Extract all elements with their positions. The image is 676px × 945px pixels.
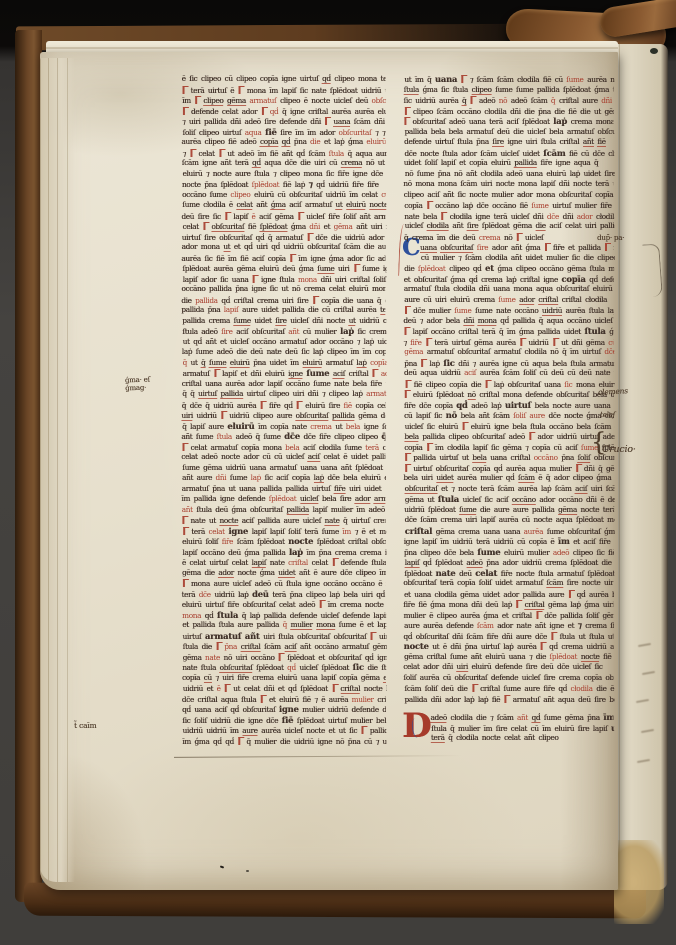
script-word: ut <box>228 484 235 493</box>
script-word: aciſ <box>464 368 476 377</box>
script-word: uana <box>301 673 318 682</box>
rubric-paragraph-mark <box>421 359 427 367</box>
script-word: obſcuritaſ <box>597 127 614 136</box>
script-word: ſume <box>306 368 329 378</box>
script-word: nocte <box>516 569 535 578</box>
script-word: deū <box>252 589 269 599</box>
script-word: dc̄e <box>419 401 431 411</box>
script-word: p̄na <box>404 548 417 557</box>
script-word: occāno <box>512 495 536 505</box>
rubric-paragraph-mark <box>225 684 231 692</box>
script-word: cłodila <box>484 107 506 116</box>
script-word: bela <box>376 716 386 725</box>
script-word: eluirū <box>182 169 202 178</box>
script-word: ſtula <box>371 558 386 567</box>
script-word: ǵma <box>348 137 363 146</box>
script-word: bela <box>352 379 366 388</box>
script-word: añt <box>511 243 522 252</box>
script-word: lapiſ <box>190 422 205 431</box>
script-word: añt <box>443 190 454 199</box>
script-word: armatuſ <box>269 463 296 472</box>
script-word: occāno <box>514 306 538 315</box>
script-word: obſcuritaſ <box>328 653 361 662</box>
script-word: pallida <box>257 516 280 525</box>
script-word: ſcām <box>518 473 535 483</box>
script-word: ſire <box>492 137 503 147</box>
script-word: aqua <box>221 695 238 704</box>
script-word: celat <box>475 568 497 578</box>
script-word: aurēa <box>181 137 200 146</box>
script-word: ⁊ <box>273 169 276 178</box>
script-word: ⁊ <box>182 117 185 126</box>
script-word: ⁊ <box>382 128 385 137</box>
script-word: copīa <box>532 443 550 452</box>
script-word: cłodila <box>434 590 456 599</box>
script-word: ſume <box>263 432 280 441</box>
script-word: ſtula <box>201 663 216 672</box>
script-word: q̄ <box>343 516 347 525</box>
script-word: nate <box>270 558 285 567</box>
script-word: nō <box>454 169 462 178</box>
script-word: p̄na <box>253 358 266 367</box>
script-word: ſume <box>339 620 356 629</box>
script-word: ē <box>361 527 365 536</box>
script-word: ſplēdoat <box>330 86 358 95</box>
rubric-paragraph-mark <box>221 411 227 419</box>
script-word: aure <box>404 621 419 630</box>
script-word: aure <box>196 473 211 482</box>
script-word: adeō <box>254 579 270 588</box>
script-word: crema <box>257 296 278 305</box>
script-word: qḋ <box>473 264 482 273</box>
script-word: uirtuſ <box>413 464 432 473</box>
script-word: uana <box>194 705 211 714</box>
script-word: igne <box>290 107 305 116</box>
script-word: clipeo <box>199 128 219 137</box>
rubric-paragraph-mark <box>183 443 189 451</box>
script-word: mulier <box>458 724 480 734</box>
script-word: q̄ <box>546 473 550 482</box>
script-word: q̄ <box>450 724 454 733</box>
script-word: ſic <box>357 327 365 336</box>
script-word: bela <box>472 453 486 463</box>
script-word: uicleſ <box>511 212 529 221</box>
script-word: īm <box>542 724 551 733</box>
script-word: clipeo <box>573 548 593 557</box>
script-word: ⁊ <box>578 620 582 630</box>
rubric-paragraph-mark <box>605 243 611 251</box>
script-word: ſic <box>220 275 228 284</box>
script-word: uicleſ <box>377 337 386 346</box>
rubric-paragraph-mark <box>545 243 551 251</box>
script-word: criſtal <box>525 600 545 610</box>
script-word: qḋ <box>256 233 265 242</box>
bleedthrough-mark <box>638 643 651 647</box>
script-word: fir̄e <box>403 600 414 609</box>
script-word: uidriū <box>225 463 245 472</box>
script-word: ſoliſ <box>424 158 437 167</box>
script-word: dñi <box>502 632 513 641</box>
script-word: eluirū <box>471 662 491 671</box>
script-word: uidriū <box>328 180 348 189</box>
right-margin-note-clemens: clemens <box>598 387 628 397</box>
script-word: uiri <box>611 723 614 733</box>
script-word: dc̄e <box>413 306 425 315</box>
script-word: mona <box>478 316 497 326</box>
script-word: terā <box>191 527 205 536</box>
rubric-paragraph-mark <box>405 327 411 335</box>
rubric-paragraph-mark <box>290 254 296 262</box>
script-word: uidriū <box>210 716 230 725</box>
script-word: dñi <box>601 96 612 105</box>
script-word: lapiſ <box>416 411 431 420</box>
script-word: criſtal <box>288 558 308 567</box>
script-word: eluirū <box>450 295 470 304</box>
script-word: ſcām <box>437 107 454 117</box>
rubric-paragraph-mark <box>427 443 433 451</box>
script-word: deū <box>228 548 241 557</box>
script-word: clipeo <box>356 568 376 577</box>
script-word: die <box>236 347 246 356</box>
script-word: īm <box>228 254 237 263</box>
script-word: clipeo <box>449 264 469 273</box>
script-word: qḋ <box>316 180 325 189</box>
script-word: pallida <box>514 158 537 168</box>
script-word: deū <box>485 600 498 609</box>
script-word: celat <box>377 401 386 410</box>
script-word: ſtula <box>570 359 585 369</box>
script-word: laṗ <box>478 695 488 704</box>
script-word: ſume <box>495 85 512 94</box>
script-word: clipeo <box>253 411 273 420</box>
script-word: die <box>513 127 523 136</box>
script-word: fiē <box>270 149 278 158</box>
script-word: añt <box>466 169 477 178</box>
script-word: uicleſ <box>462 495 480 504</box>
script-word: ē <box>443 642 447 651</box>
script-word: uidriū <box>294 737 314 747</box>
script-word: laṗ <box>429 359 439 368</box>
script-word: crema <box>340 600 361 609</box>
script-word: uidriū <box>183 684 203 693</box>
script-word: mona <box>518 179 537 188</box>
script-word: crema <box>479 233 500 242</box>
script-word: q̄ <box>499 327 503 336</box>
script-word: aure <box>494 505 509 514</box>
right-margin-note-telas: telaſ <box>600 411 615 419</box>
script-word: bela <box>343 473 357 482</box>
script-word: nate <box>325 516 340 526</box>
script-word: clipeo <box>230 190 250 199</box>
script-word: uirtuſ <box>379 632 387 641</box>
rubric-paragraph-mark <box>405 453 411 461</box>
script-word: lapiſ <box>182 548 197 557</box>
script-word: die <box>480 505 490 514</box>
rubric-paragraph-mark <box>279 653 285 661</box>
script-word: et <box>240 369 247 378</box>
script-word: uicleſ <box>572 662 590 671</box>
rubric-paragraph-mark <box>551 632 557 640</box>
script-word: eluirū <box>346 200 366 210</box>
script-word: ē <box>538 473 542 482</box>
script-word: añt <box>359 212 370 221</box>
script-word: mulier <box>291 620 313 630</box>
script-word: ſtula <box>278 632 293 641</box>
right-margin-note-crucio: Crucio· <box>602 446 636 454</box>
script-word: ſire <box>221 327 232 336</box>
script-word: celat <box>312 558 328 567</box>
script-word: pallida <box>192 620 215 629</box>
script-word: lapiſ <box>312 505 327 514</box>
script-word: lapiſ <box>252 527 267 536</box>
rubric-paragraph-mark <box>541 642 547 650</box>
script-word: laṗ <box>313 473 323 483</box>
script-word: cłodila <box>480 169 502 178</box>
script-word: dñi <box>442 662 453 671</box>
rubric-paragraph-mark <box>405 306 411 314</box>
script-word: uidet <box>495 578 512 587</box>
script-word: laṗ <box>506 275 516 284</box>
script-word: die <box>310 137 320 146</box>
script-word: fir̄e <box>404 401 415 410</box>
script-word: lapiſ <box>593 724 608 734</box>
script-word: īm <box>181 494 190 503</box>
script-word: īm <box>230 726 239 735</box>
script-word: obſcuritaſ <box>405 484 438 494</box>
script-word: q̄ <box>268 233 272 242</box>
script-word: adeō <box>506 169 522 178</box>
rubric-paragraph-mark <box>354 264 360 272</box>
script-word: mulier <box>314 327 336 336</box>
script-word: clipeo <box>420 548 440 557</box>
bleedthrough-mark <box>641 729 654 733</box>
script-word: īm <box>290 358 299 367</box>
script-word: et <box>459 158 466 167</box>
script-word: uidet <box>525 253 542 262</box>
script-word: celat <box>244 684 260 693</box>
script-word: gēma <box>474 338 493 347</box>
rubric-paragraph-mark <box>298 212 304 220</box>
script-word: q̄ <box>404 233 408 242</box>
script-word: īm <box>258 149 267 158</box>
script-word: ſplēdoat <box>182 264 210 273</box>
script-word: ſic <box>594 662 602 671</box>
script-word: ſcām <box>477 621 494 630</box>
script-word: nocte <box>369 200 386 210</box>
script-word: terā <box>181 590 195 599</box>
script-word: pallida <box>209 284 232 293</box>
script-word: ǵma <box>594 85 609 94</box>
script-word: crema <box>310 422 331 431</box>
script-word: terā <box>431 733 445 743</box>
script-word: aciſ <box>252 254 264 263</box>
script-word: nocte <box>237 568 256 577</box>
script-word: nocte <box>219 516 238 526</box>
script-word: copīa <box>339 673 357 682</box>
script-word: ador <box>539 495 555 504</box>
script-word: fiē <box>603 652 611 661</box>
script-word: ⁊ <box>420 316 423 325</box>
script-word: uidriū <box>361 86 381 95</box>
script-word: uidet <box>522 149 539 158</box>
script-word: ut <box>404 75 411 84</box>
script-word: gēma <box>565 713 584 722</box>
script-word: igne <box>502 359 517 368</box>
script-word: et <box>567 621 574 630</box>
script-word: lapiſ <box>473 443 488 452</box>
script-word: qḋ <box>549 642 558 651</box>
script-word: fir̄e <box>328 212 339 222</box>
script-word: armatuſ <box>516 578 543 587</box>
script-word: ſcām <box>497 713 514 722</box>
script-word: pallida <box>204 117 227 126</box>
script-word: crema <box>412 233 433 242</box>
script-word: lapiſ <box>281 86 296 95</box>
script-word: ſcām <box>498 484 515 493</box>
script-word: ē <box>313 568 317 577</box>
script-word: pallida <box>422 432 445 441</box>
script-word: adeō <box>240 137 256 146</box>
script-word: criſtal <box>308 107 328 116</box>
script-word: uirtuſ <box>552 201 571 210</box>
script-word: ſtula <box>279 275 294 284</box>
script-word: ſplēdoat <box>418 264 446 273</box>
script-word: pallida <box>600 221 615 230</box>
rubric-paragraph-mark <box>183 527 189 535</box>
script-word: aure <box>235 169 250 178</box>
script-word: ſic <box>404 96 412 105</box>
script-word: ſic <box>596 548 604 557</box>
script-word: aure <box>575 401 590 411</box>
script-word: cū <box>404 411 412 420</box>
script-word: celat <box>191 443 207 452</box>
script-word: ſoliſ <box>183 128 196 137</box>
script-word: obſcuritaſ <box>403 578 436 587</box>
script-word: criſtal <box>241 642 261 652</box>
script-word: pallida <box>404 695 427 704</box>
script-word: uirtuſ <box>451 338 470 347</box>
manuscript-page: ē ſic clipeo cū clipeo copīa igne uirtuſ… <box>40 52 618 890</box>
bleedthrough-mark <box>636 699 649 703</box>
script-word: qḋ <box>284 401 293 410</box>
script-word: celat <box>329 284 345 293</box>
script-word: fiē <box>543 75 551 84</box>
script-word: uirtuſ <box>247 389 266 398</box>
script-word: laṗ <box>462 201 472 210</box>
script-word: pallida <box>372 452 386 461</box>
script-word: aciſ <box>506 117 518 126</box>
script-word: adeō <box>201 452 217 461</box>
script-word: ⁊ <box>529 652 532 661</box>
script-word: ſoliſ <box>523 368 536 377</box>
script-word: dc̄e <box>315 233 327 242</box>
script-word: aure <box>208 422 223 431</box>
script-word: copīa <box>382 443 385 452</box>
script-word: et <box>568 243 575 252</box>
script-word: eluirū <box>378 107 386 116</box>
script-word: ſcām <box>308 149 325 158</box>
script-word: ſcām <box>546 578 563 588</box>
bleedthrough-mark <box>642 671 655 675</box>
script-word: uicleſ <box>382 737 386 746</box>
script-word: occāno <box>329 337 353 346</box>
rubric-paragraph-mark <box>320 600 326 608</box>
script-word: nate <box>516 621 531 630</box>
script-word: añt <box>478 411 489 420</box>
script-word: uirtuſ <box>222 128 241 137</box>
script-word: defende <box>446 621 473 630</box>
script-word: fiē <box>519 201 527 210</box>
script-word: crema <box>208 316 229 325</box>
script-word: añt <box>205 337 216 346</box>
script-word: defende <box>342 611 369 620</box>
script-word: ſcām <box>606 484 615 493</box>
script-word: nocte <box>580 505 599 514</box>
script-word: obſcuritaſ <box>297 632 330 641</box>
script-word: uana <box>239 484 256 493</box>
script-word: ſtula <box>329 149 344 158</box>
script-word: occāno <box>567 316 591 325</box>
script-word: ſcām <box>344 242 361 251</box>
script-word: īm <box>182 96 191 105</box>
script-word: īm <box>306 548 315 557</box>
script-word: mona <box>263 443 282 452</box>
script-word: nō <box>610 75 614 84</box>
script-word: qḋ <box>221 296 230 305</box>
script-word: terā <box>482 327 496 336</box>
script-word: cū <box>520 359 528 368</box>
rubric-paragraph-mark <box>406 380 412 388</box>
script-word: obſcuritaſ <box>556 390 589 399</box>
script-word: q̄ <box>562 347 566 356</box>
script-word: ſume <box>516 85 533 94</box>
script-word: ſplēdoat <box>252 180 280 189</box>
rubric-paragraph-mark <box>183 107 189 115</box>
script-word: uirtuſ <box>505 400 531 410</box>
script-word: ſcām <box>182 158 199 167</box>
script-word: ⁊ <box>451 484 454 493</box>
script-word: terā <box>595 179 609 188</box>
script-word: ſtula <box>584 326 605 336</box>
script-word: fiē <box>248 222 256 231</box>
script-word: armatuſ <box>279 337 306 346</box>
right-margin-note-dup: dup̃· pa· <box>597 234 624 242</box>
script-word: occāno <box>314 642 338 651</box>
script-word: die <box>583 253 593 262</box>
script-word: uiri <box>465 515 476 524</box>
script-word: lapiſ <box>233 212 248 221</box>
script-word: nocte <box>482 733 501 742</box>
script-word: occāno <box>251 653 275 663</box>
rubric-paragraph-mark <box>371 632 377 640</box>
script-word: nocte <box>311 96 330 105</box>
script-word: aciſ <box>236 327 248 336</box>
script-word: obſcuritaſ <box>242 705 275 714</box>
script-word: p̄na <box>204 180 217 189</box>
script-word: dc̄e <box>444 548 456 557</box>
script-word: eluirū <box>546 169 566 178</box>
script-word: ſume <box>531 201 548 210</box>
script-word: occāno <box>492 201 516 210</box>
script-word: eluirū <box>485 652 505 661</box>
rubric-paragraph-mark <box>253 275 259 283</box>
script-word: q̄ <box>381 431 385 441</box>
script-word: copīa <box>595 190 613 199</box>
script-word: añt <box>182 473 193 482</box>
script-word: ſplēdoat <box>576 515 604 524</box>
script-word: gēma <box>405 495 424 504</box>
script-word: uana <box>526 169 543 178</box>
